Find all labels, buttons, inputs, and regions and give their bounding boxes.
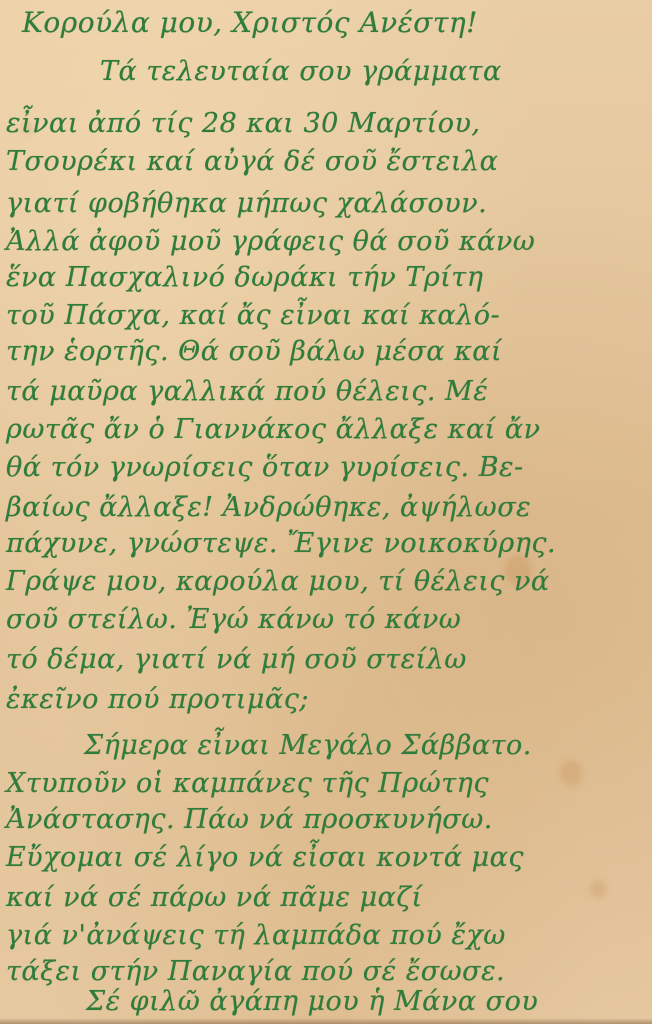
letter-line: τοῦ Πάσχα, καί ἄς εἶναι καί καλό- <box>6 300 646 331</box>
letter-line: Τά τελευταία σου γράμματα <box>100 56 646 87</box>
letter-line: πάχυνε, γνώστεψε. Ἔγινε νοικοκύρης. <box>6 528 646 559</box>
letter-line: τό δέμα, γιατί νά μή σοῦ στείλω <box>6 644 646 675</box>
letter-line: τά μαῦρα γαλλικά πού θέλεις. Μέ <box>6 376 646 407</box>
letter-line: βαίως ἄλλαξε! Ἀνδρώθηκε, ἀψήλωσε <box>6 492 646 523</box>
letter-line: θά τόν γνωρίσεις ὅταν γυρίσεις. Βε- <box>6 452 646 483</box>
letter-line: Ἀνάστασης. Πάω νά προσκυνήσω. <box>6 804 646 835</box>
letter-salutation: Κορούλα μου, Χριστός Ανέστη! <box>22 6 646 39</box>
letter-line: Ἀλλά ἀφοῦ μοῦ γράφεις θά σοῦ κάνω <box>6 226 646 257</box>
letter-line: Χτυποῦν οἱ καμπάνες τῆς Πρώτης <box>6 768 646 799</box>
letter-line: ἕνα Πασχαλινό δωράκι τήν Τρίτη <box>6 262 646 293</box>
letter-line: τάξει στήν Παναγία πού σέ ἔσωσε. <box>6 956 646 987</box>
letter-line: ἐκεῖνο πού προτιμᾶς; <box>6 684 646 715</box>
letter-line: Εὔχομαι σέ λίγο νά εἶσαι κοντά μας <box>6 842 646 873</box>
letter-line: ρωτᾶς ἄν ὁ Γιαννάκος ἄλλαξε καί ἄν <box>6 414 646 445</box>
letter-line: γιά ν'ἀνάψεις τή λαμπάδα πού ἔχω <box>6 920 646 951</box>
letter-line: γιατί φοβήθηκα μήπως χαλάσουν. <box>6 188 646 219</box>
letter-line: καί νά σέ πάρω νά πᾶμε μαζί <box>6 882 646 913</box>
letter-closing: Σέ φιλῶ ἀγάπη μου ἡ Μάνα σου <box>86 986 646 1017</box>
letter-line: εἶναι ἀπό τίς 28 και 30 Μαρτίου, <box>6 108 646 139</box>
letter-body: Κορούλα μου, Χριστός Ανέστη! Τά τελευταί… <box>0 0 652 1024</box>
letter-line: Γράψε μου, καρούλα μου, τί θέλεις νά <box>6 566 646 597</box>
letter-line: Τσουρέκι καί αὐγά δέ σοῦ ἔστειλα <box>6 146 646 177</box>
paper-edge <box>0 1018 652 1024</box>
letter-line: σοῦ στείλω. Ἐγώ κάνω τό κάνω <box>6 604 646 635</box>
letter-line: Σήμερα εἶναι Μεγάλο Σάββατο. <box>84 730 646 761</box>
letter-line: την ἑορτῆς. Θά σοῦ βάλω μέσα καί <box>6 336 646 367</box>
